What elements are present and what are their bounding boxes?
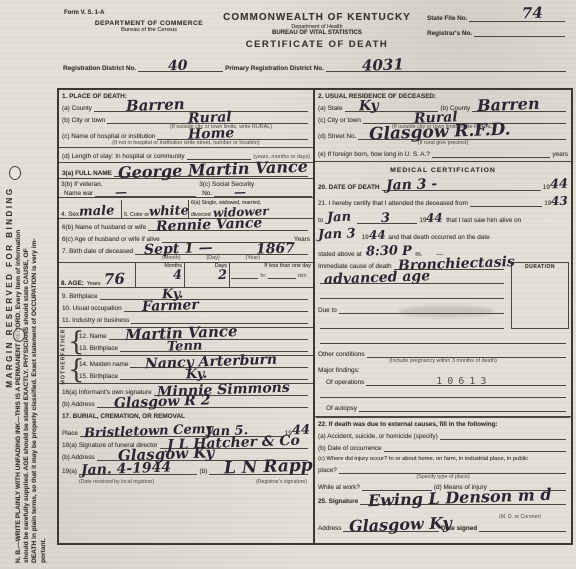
foreign-born-label: (e) If foreign born, how long in U. S. A… [318,151,430,158]
mother-birthplace-row: 15. Birthplace Ky. [76,372,313,380]
external-a-row: (a) Accident, suicide, or homicide (spec… [315,432,571,440]
residence-street-row: (d) Street No. Glasgow R.F.D. [315,132,571,140]
binding-margin: MARGIN RESERVED FOR BINDING N. B.—WRITE … [5,11,48,563]
full-name-label: 3(a) FULL NAME [62,170,112,177]
physician-signature-row: 25. Signature Ewing L Denson m d [315,497,571,505]
primary-district-label: Primary Registration District No. [225,65,324,72]
mother-vertical-label: MOTHER [59,356,68,383]
due-to-row: Due to [315,306,509,314]
informant-address-line: Glasgow R 2 [97,400,308,408]
due-to-label: Due to [318,307,337,314]
birthdate-year: 1867 [256,241,295,256]
date-of-death-row: 20. DATE OF DEATH Jan 3 - 19 44 [315,178,571,191]
registrar-sig-caption: (Registrar's signature) [256,479,307,485]
full-name-row: 3(a) FULL NAME George Martin Vance [59,169,313,179]
place-of-death-title: 1. PLACE OF DEATH: [59,93,313,100]
due-line3 [315,336,571,344]
margin-note-line4: portant. [40,11,48,563]
certify-line2: to Jan 3 19 44 that I last saw him alive… [315,211,571,224]
father-vertical-label: FATHER [59,328,68,355]
due-line3-blank [320,336,566,344]
date-of-death-year: 44 [550,178,569,192]
form-number-block: Form V. S. 1-A DEPARTMENT OF COMMERCE Bu… [64,10,234,33]
date-of-death-line: Jan 3 - [382,183,541,191]
residence-street-label: (d) Street No. [318,133,356,140]
reg-district-line: 40 [138,64,223,72]
foreign-born-row: (e) If foreign born, how long in U. S. A… [315,150,571,162]
other-conditions-row: Other conditions [315,350,571,358]
physician-address-label: Address [318,525,341,532]
external-c-line [339,466,566,474]
occupation-row: 10. Usual occupation Farmer [59,304,313,312]
father-name-line: Martin Vance [109,332,308,340]
date-signed-line [479,524,566,532]
findings-blank-line [320,390,566,398]
external-a-label: (a) Accident, suicide, or homicide (spec… [318,433,438,440]
duration-box: DURATION [511,262,569,329]
veteran-ssn-row: 3(b) If veteran, Name war — 3(c) Social … [59,181,313,198]
registrar-no-row: Registrar's No. [424,29,570,37]
certify-day2: 3 [381,212,390,225]
race-label: 5. Color or [124,212,149,218]
birthdate-label: 7. Birth date of deceased [62,248,133,255]
mother-name-label: 14. Maiden name [79,361,128,368]
margin-note-line3: DEATH in plain terms, so that it may be … [31,11,39,563]
date-of-death-value: Jan 3 - [386,177,438,193]
received-date-caption: (Date received by local registrar) [79,479,154,485]
other-conditions-line [367,350,566,358]
certify-line2-blank: 3 [357,216,417,224]
city-value: Rural [187,110,231,126]
death-ampm-value: P [401,245,411,258]
binding-margin-text: MARGIN RESERVED FOR BINDING [5,11,14,563]
birthdate-row: 7. Birth date of deceased Sept 1 —1867 [59,247,313,255]
certify-line1: 21. I hereby certify that I attended the… [315,195,571,207]
certificate-of-death-title: CERTIFICATE OF DEATH [212,39,422,50]
registrar-no-line [474,29,565,37]
external-c-hint: (Specify type of place) [315,474,571,480]
mother-birthplace-line: Ky. [120,372,308,380]
stay-length-label: (d) Length of stay: In hospital or commu… [62,153,185,160]
certify-year1: 43 [551,195,568,208]
left-column: 1. PLACE OF DEATH: (a) County Barren (b)… [59,90,315,543]
occupation-line: Farmer [124,304,308,312]
occupation-label: 10. Usual occupation [62,305,122,312]
certify-text2: that I last saw him alive on [446,217,521,224]
reg-district-value: 40 [168,59,188,74]
received-b-label: (b) [199,468,207,475]
operations-line: 10613 [366,378,566,386]
residence-county-line: Barren [472,104,566,112]
mother-birthplace-label: 15. Birthplace [79,373,118,380]
medical-certification-title: MEDICAL CERTIFICATION [315,167,571,174]
cause-value2: advanced age [323,269,430,287]
while-at-work-label: While at work? [318,484,360,491]
certify-text4: stated above at [318,251,362,258]
double-rule [315,414,571,417]
physician-signature-line: Ewing L Denson m d [360,497,566,505]
operations-row: Of operations 10613 [323,378,571,386]
father-birthplace-label: 13. Birthplace [79,345,118,352]
physician-signature-caption: (M. D. or Coroner) [499,514,541,520]
informant-address-label: (b) Address [62,401,95,408]
veteran-value: — [115,186,127,198]
autopsy-row: Of autopsy [323,404,571,412]
date-of-death-pre: 19 [543,184,550,191]
physician-address-value: Glasgow Ky [349,515,452,535]
spouse-row: 6(b) Name of husband or wife Rennie Vanc… [59,223,313,231]
due-to-line [339,306,504,314]
external-c-label2: place? [318,467,337,474]
certify-text3: and that death occurred on the date [388,234,489,241]
veteran-label2: Name war [64,190,93,197]
certify-year2: 44 [426,212,443,225]
external-b-line [384,444,566,452]
registrar-captions: (Date received by local registrar) (Regi… [59,479,313,487]
physician-address-row: Address Glasgow Ky Date signed [315,524,571,532]
findings-blank-row [315,390,571,398]
burial-title-row: 17. BURIAL, CREMATION, OR REMOVAL [59,413,313,420]
mother-name-line: Nancy Arterburn [130,360,308,368]
operations-stamp-value: 10613 [436,377,491,387]
autopsy-line [359,404,566,412]
certify-pre3: 19 [362,234,369,241]
cause-line2-blank: advanced age [320,276,504,284]
registration-district-row: Registration District No. 40 Primary Reg… [60,64,571,72]
primary-district-value: 4031 [362,57,404,73]
full-name-value: George Martin Vance [118,159,308,182]
mother-brace: { [68,357,76,383]
father-birthplace-row: 13. Birthplace Tenn [76,344,313,352]
county-label: (a) County [62,105,92,112]
birthdate-line: Sept 1 —1867 [135,247,308,255]
informant-address-value: Glasgow R 2 [113,393,210,410]
cause-line2: advanced age [315,276,509,284]
reg-district-label: Registration District No. [63,65,136,72]
foreign-born-unit: years [552,151,568,158]
external-causes-title: 22. If death was due to external causes,… [315,421,571,428]
scanned-death-certificate: MARGIN RESERVED FOR BINDING N. B.—WRITE … [0,0,576,569]
physician-signature-label: 25. Signature [318,498,358,505]
residence-street-line: Glasgow R.F.D. [358,132,566,140]
other-conditions-label: Other conditions [318,351,365,358]
birthplace-line: Ky. [100,292,308,300]
hospital-row: (c) Name of hospital or institution Home [59,132,313,140]
external-b-label: (b) Date of occurrence [318,445,382,452]
certify-text1: 21. I hereby certify that I attended the… [318,200,468,207]
birthplace-label: 9. Birthplace [62,293,98,300]
external-c-row2: place? [315,466,571,474]
veteran-line: — [95,189,196,197]
spouse-label: 6(b) Name of husband or wife [62,224,146,231]
file-numbers-block: State File No. 74 Registrar's No. [424,12,570,37]
form-number: Form V. S. 1-A [64,10,234,16]
dept-commerce: DEPARTMENT OF COMMERCE [64,20,234,27]
spouse-line: Rennie Vance [148,223,308,231]
cause-line3-blank [320,291,504,299]
spouse-value: Rennie Vance [156,216,263,234]
bureau-vital-statistics: BUREAU OF VITAL STATISTICS [212,30,422,36]
mother-name-value: Nancy Arterburn [144,353,277,372]
age-label: 8. AGE: [61,280,84,287]
commonwealth-title: COMMONWEALTH OF KENTUCKY [212,12,422,23]
age-min-label: min. [298,273,308,279]
father-name-label: 12. Name [79,333,107,340]
age-hr-label: hr. [260,273,266,279]
residence-county-value: Barren [477,96,540,114]
bureau-census: Bureau of the Census [64,27,234,33]
age-hr-line [231,271,258,279]
age-min-line [268,271,295,279]
margin-note-line1: N. B.—WRITE PLAINLY WITH UNFADING INK—TH… [15,11,23,563]
certify-line3: Jan 3 19 44 and that death occurred on t… [315,228,571,241]
hole-punch-icon [9,166,21,180]
external-c-row1: (c) Where did injury occur? In or about … [315,456,571,462]
external-causes-title-label: 22. If death was due to external causes,… [318,421,498,428]
veteran-label: 3(b) If veteran, [61,181,103,188]
age-years-label: Years [87,281,101,287]
other-conditions-hint: (Include pregnancy within 3 months of de… [315,358,571,364]
cause-line3 [315,291,509,299]
autopsy-label: Of autopsy [326,405,357,412]
ssn-line: — [214,189,312,197]
date-of-death-label: 20. DATE OF DEATH [318,184,380,191]
funeral-address-label: (b) Address [62,454,95,461]
due-line2 [315,321,509,329]
right-column: 2. USUAL RESIDENCE OF DECEASED: (a) Stat… [315,90,571,543]
county-row: (a) County Barren [59,104,313,112]
certify-from-line [470,199,542,207]
hospital-label: (c) Name of hospital or institution [62,133,155,140]
death-time-value: 8:30 [365,244,397,258]
external-c-label1: (c) Where did injury occur? In or about … [318,456,528,462]
due-line2-blank [320,321,504,329]
birthdate-value: Sept 1 — [143,241,212,257]
city-label: (b) City or town [62,117,105,124]
certificate-title-block: COMMONWEALTH OF KENTUCKY Department of H… [212,12,422,50]
sex-race-marital-row: 4. Sex male 5. Color or white 6(a) Singl… [59,200,313,219]
age-row: 8. AGE: Years 76 Months 4 Days 2 If less… [59,263,313,288]
mother-birthplace-value: Ky. [186,368,208,382]
father-birthplace-value: Tenn [167,339,203,353]
ssn-label: 3(c) Social Security [199,181,254,188]
full-name-line: George Martin Vance [114,169,308,177]
occupation-value: Farmer [142,298,199,314]
faint-stamp [399,306,494,317]
father-brace: { [68,329,76,355]
received-date-value: Jan. 4-1944 [81,460,172,477]
registrar-sig-line: L N Rapp [209,467,308,475]
registrar-sig-value: L N Rapp [224,457,313,477]
spouse-age-unit: Years [294,236,310,243]
age-months-value: 4 [173,269,182,282]
hospital-line: Home [157,132,308,140]
certify-month2: Jan [327,211,351,225]
hospital-hint: (If not in hospital or institution write… [59,140,313,148]
city-line: Rural [107,116,308,124]
sex-value: male [79,204,115,218]
certify-year3: 44 [369,229,386,242]
hospital-value: Home [187,126,234,142]
residence-street-value: Glasgow R.F.D. [368,122,510,144]
residence-state-value: Ky [358,99,378,114]
hole-punch-icon [13,328,25,342]
major-findings-label: Major findings: [318,367,360,374]
certify-to-label: to [318,217,323,224]
age-years-value: 76 [104,272,125,288]
race-value: white [149,204,189,218]
ssn-label2: No. [202,190,212,197]
informant-address-row: (b) Address Glasgow R 2 [59,400,313,408]
certify-month3: Jan 3 [318,227,356,241]
ssn-value: — [233,186,245,198]
burial-place-label: Place [62,430,78,437]
industry-label: 11. Industry or business [62,317,129,324]
state-file-row: State File No. 74 [424,14,570,22]
sex-label: 4. Sex [61,211,79,218]
state-file-label: State File No. [427,15,467,22]
certificate-form: 1. PLACE OF DEATH: (a) County Barren (b)… [57,88,573,545]
physician-address-line: Glasgow Ky [343,524,439,532]
state-file-value: 74 [522,6,543,22]
registrar-date-row: 19(a) Jan. 4-1944 (b) L N Rapp [59,467,313,475]
operations-label: Of operations [326,379,364,386]
place-of-death-title-label: 1. PLACE OF DEATH: [62,93,127,100]
foreign-born-line [432,150,550,158]
received-num-label: 19(a) [62,468,77,475]
registrar-no-label: Registrar's No. [427,30,472,37]
external-b-row: (b) Date of occurrence [315,444,571,452]
cause-of-death-block: DURATION Immediate cause of death Bronch… [315,262,571,344]
age-less-label: If less than one day [264,263,311,269]
received-date-line: Jan. 4-1944 [79,467,198,475]
major-findings-row: Major findings: [315,367,571,374]
residence-state-label: (a) State [318,105,343,112]
city-row: (b) City or town Rural [59,116,313,124]
external-a-line [440,432,566,440]
primary-district-line: 4031 [326,64,566,72]
father-birthplace-line: Tenn [120,344,308,352]
burial-title: 17. BURIAL, CREMATION, OR REMOVAL [62,413,185,420]
residence-city-label: (c) City or town [318,117,361,124]
state-file-line: 74 [469,14,565,22]
county-value: Barren [126,97,185,114]
